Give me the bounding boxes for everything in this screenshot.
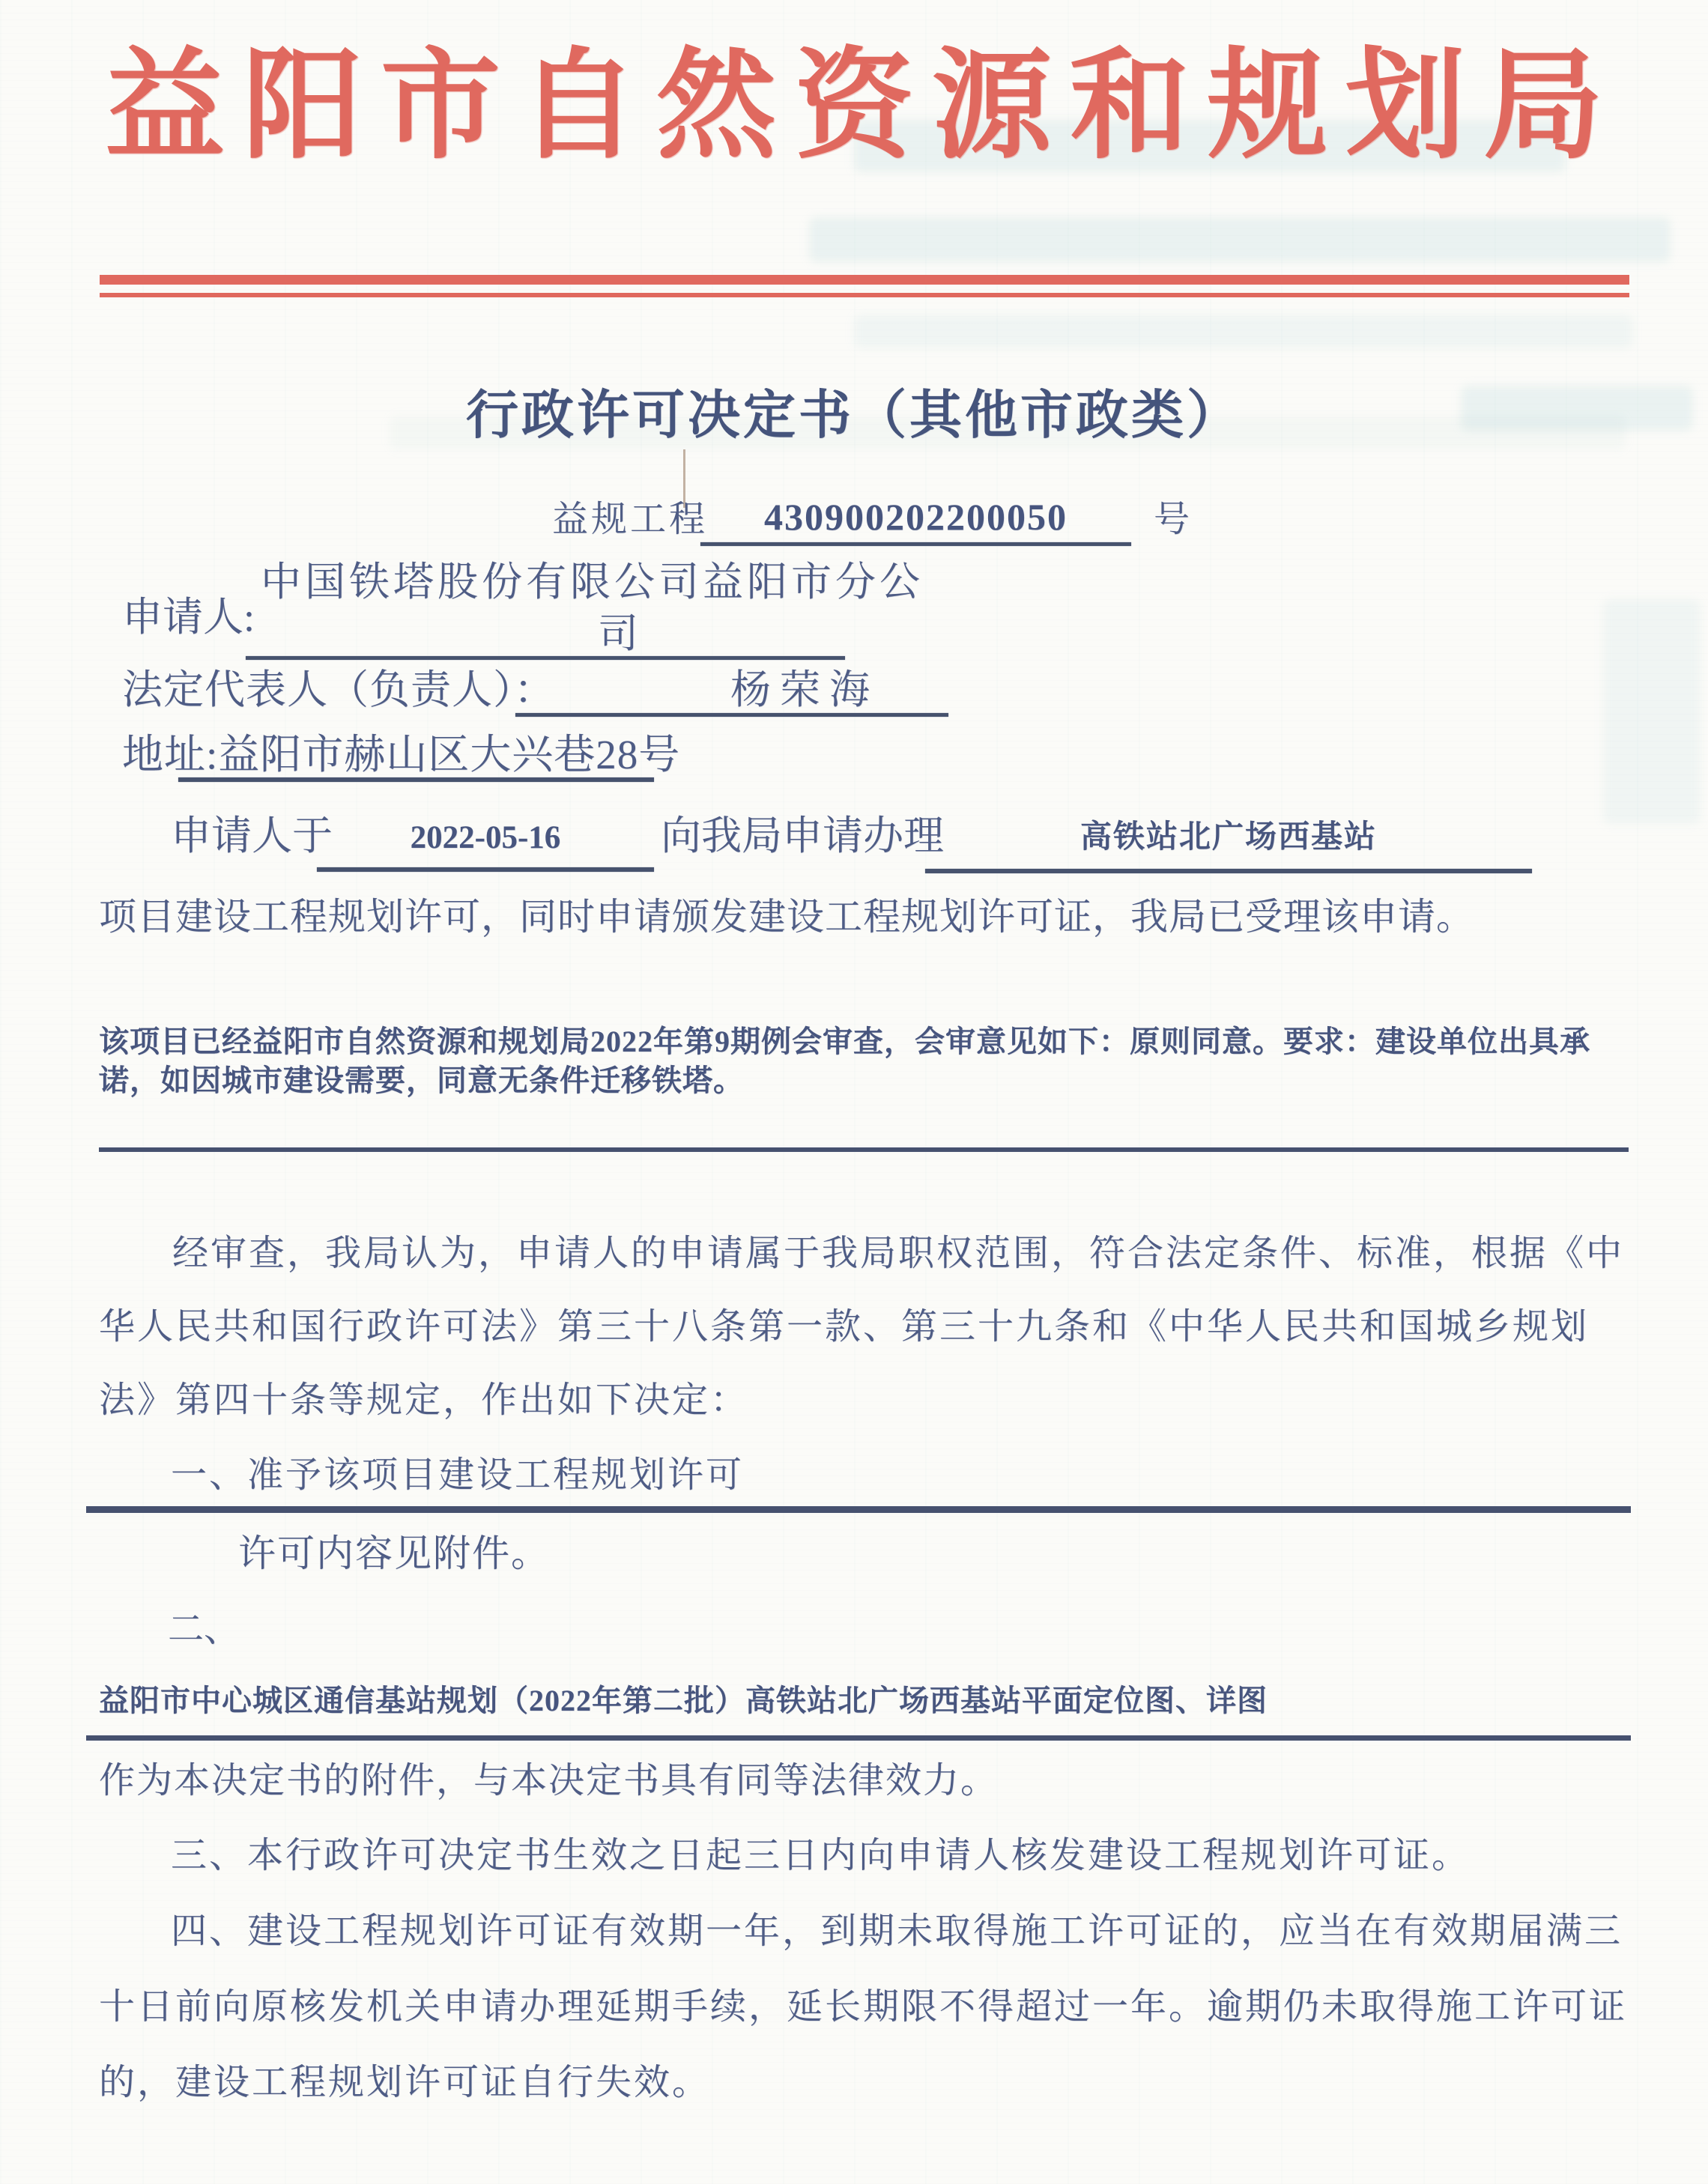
red-rule-thin [100, 293, 1629, 297]
application-date-label: 申请人于 [171, 813, 333, 859]
legal-representative-underline [515, 713, 948, 717]
doc-number-value: 430900202200050 [700, 496, 1131, 539]
applicant-label: 申请人: [122, 594, 255, 640]
document-page: 益阳市自然资源和规划局 行政许可决定书（其他市政类） 益规工程 43090020… [0, 0, 1708, 2184]
decision-item1-note: 许可内容见附件。 [238, 1532, 550, 1576]
decision-item4-line1: 四、建设工程规划许可证有效期一年，到期未取得施工许可证的，应当在有效期届满三 [171, 1911, 1623, 1952]
applicant-value-line2: 司 [598, 610, 638, 657]
doc-number-suffix: 号 [1154, 499, 1190, 540]
address-underline [178, 777, 654, 782]
applicant-underline [246, 656, 845, 660]
attachment-note: 作为本决定书的附件，与本决定书具有同等法律效力。 [99, 1760, 998, 1801]
document-title: 行政许可决定书（其他市政类） [0, 386, 1708, 447]
scan-smudge [1603, 599, 1701, 824]
section-rule-2 [86, 1506, 1631, 1513]
applicant-value-line1: 中国铁塔股份有限公司益阳市分公 [261, 559, 924, 605]
application-date-value: 2022-05-16 [317, 819, 654, 856]
section-rule-1 [99, 1147, 1629, 1152]
decision-item4-line3: 的，建设工程规划许可证自行失效。 [99, 2062, 710, 2103]
legal-representative-label: 法定代表人（负责人）： [122, 667, 555, 713]
scan-smudge [854, 315, 1633, 348]
address-row: 地址:益阳市赫山区大兴巷28号 [122, 731, 680, 778]
acceptance-paragraph: 项目建设工程规划许可，同时申请颁发建设工程规划许可证，我局已受理该申请。 [99, 896, 1474, 939]
decision-item3: 三、本行政许可决定书生效之日起三日内向申请人核发建设工程规划许可证。 [171, 1835, 1470, 1876]
address-value: 益阳市赫山区大兴巷28号 [218, 732, 680, 777]
review-opinion-line2: 诺，如因城市建设需要，同意无条件迁移铁塔。 [99, 1064, 744, 1098]
red-rule-thick [100, 275, 1629, 285]
application-date-underline [317, 867, 654, 872]
decision-intro-line3: 法》第四十条等规定，作出如下决定： [99, 1380, 748, 1421]
review-opinion-line1: 该项目已经益阳市自然资源和规划局2022年第9期例会审查，会审意见如下：原则同意… [99, 1025, 1590, 1059]
decision-intro-line2: 华人民共和国行政许可法》第三十八条第一款、第三十九条和《中华人民共和国城乡规划 [99, 1306, 1589, 1347]
section-rule-3 [86, 1735, 1631, 1741]
decision-intro-line1: 经审查，我局认为，申请人的申请属于我局职权范围，符合法定条件、标准，根据《中 [172, 1233, 1624, 1274]
decision-item1: 一、准予该项目建设工程规划许可 [171, 1455, 744, 1496]
application-middle-label: 向我局申请办理 [661, 813, 944, 859]
scan-smudge [809, 217, 1671, 262]
doc-number-underline [700, 542, 1131, 546]
decision-item2: 二、 [168, 1609, 240, 1650]
project-name-underline [925, 869, 1532, 873]
agency-name: 益阳市自然资源和规划局 [0, 37, 1708, 175]
legal-representative-value: 杨荣海 [730, 667, 879, 713]
project-name-value: 高铁站北广场西基站 [925, 819, 1532, 855]
doc-number-prefix: 益规工程 [552, 499, 708, 540]
decision-item4-line2: 十日前向原核发机关申请办理延期手续，延长期限不得超过一年。逾期仍未取得施工许可证 [99, 1986, 1627, 2027]
address-label: 地址: [122, 732, 218, 777]
attachment-title: 益阳市中心城区通信基站规划（2022年第二批）高铁站北广场西基站平面定位图、详图 [99, 1684, 1268, 1718]
